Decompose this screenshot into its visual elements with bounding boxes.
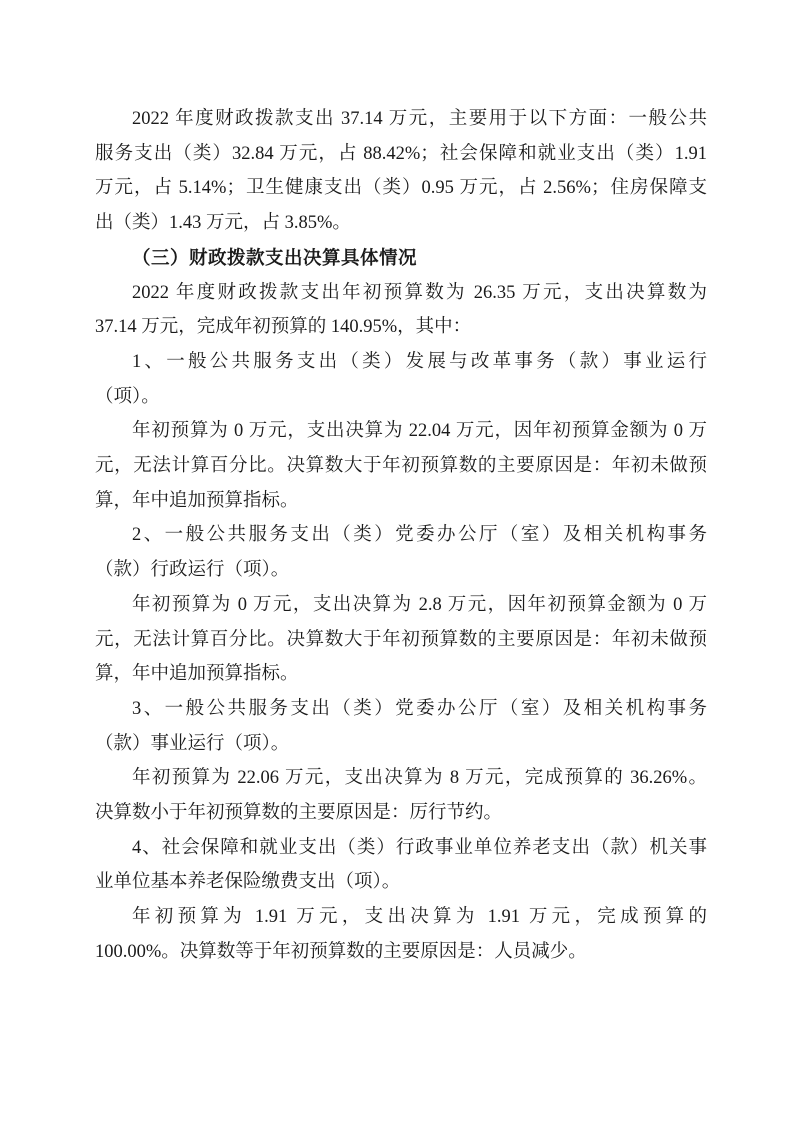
document-page: 2022 年度财政拨款支出 37.14 万元，主要用于以下方面：一般公共 服务支…: [0, 0, 793, 1122]
text-line: 年初预算为 0 万元，支出决算为 22.04 万元，因年初预算金额为 0 万: [95, 414, 707, 449]
text-line: 2022 年度财政拨款支出年初预算数为 26.35 万元，支出决算数为: [95, 276, 707, 311]
para-budget-vs-final: 2022 年度财政拨款支出年初预算数为 26.35 万元，支出决算数为 37.1…: [95, 276, 707, 345]
heading-text-line: （三）财政拨款支出决算具体情况: [95, 241, 707, 276]
para-item2-category: 2、一般公共服务支出（类）党委办公厅（室）及相关机构事务 （款）行政运行（项）。: [95, 518, 707, 587]
text-line: 元，无法计算百分比。决算数大于年初预算数的主要原因是：年初未做预: [95, 449, 707, 484]
text-line: 元，无法计算百分比。决算数大于年初预算数的主要原因是：年初未做预: [95, 623, 707, 658]
text-line: 100.00%。决算数等于年初预算数的主要原因是：人员减少。: [95, 935, 707, 970]
text-line: 1、一般公共服务支出（类）发展与改革事务（款）事业运行: [95, 345, 707, 380]
text-line: （款）行政运行（项）。: [95, 553, 707, 588]
para-item3-explanation: 年初预算为 22.06 万元，支出决算为 8 万元，完成预算的 36.26%。 …: [95, 761, 707, 830]
text-line: 年初预算为 0 万元，支出决算为 2.8 万元，因年初预算金额为 0 万: [95, 588, 707, 623]
text-line: 决算数小于年初预算数的主要原因是：厉行节约。: [95, 796, 707, 831]
text-line: 4、社会保障和就业支出（类）行政事业单位养老支出（款）机关事: [95, 831, 707, 866]
para-item4-category: 4、社会保障和就业支出（类）行政事业单位养老支出（款）机关事 业单位基本养老保险…: [95, 831, 707, 900]
para-item1-category: 1、一般公共服务支出（类）发展与改革事务（款）事业运行 （项）。: [95, 345, 707, 414]
text-line: 万元，占 5.14%；卫生健康支出（类）0.95 万元，占 2.56%；住房保障…: [95, 171, 707, 206]
text-line: 年初预算为 1.91 万元，支出决算为 1.91 万元，完成预算的: [95, 900, 707, 935]
para-item3-category: 3、一般公共服务支出（类）党委办公厅（室）及相关机构事务 （款）事业运行（项）。: [95, 692, 707, 761]
text-line: 2022 年度财政拨款支出 37.14 万元，主要用于以下方面：一般公共: [95, 102, 707, 137]
heading-fiscal-expenditure-details: （三）财政拨款支出决算具体情况: [95, 241, 707, 276]
text-line: 37.14 万元，完成年初预算的 140.95%，其中：: [95, 310, 707, 345]
text-line: 算，年中追加预算指标。: [95, 484, 707, 519]
text-line: 2、一般公共服务支出（类）党委办公厅（室）及相关机构事务: [95, 518, 707, 553]
text-line: 服务支出（类）32.84 万元，占 88.42%；社会保障和就业支出（类）1.9…: [95, 137, 707, 172]
text-line: 年初预算为 22.06 万元，支出决算为 8 万元，完成预算的 36.26%。: [95, 761, 707, 796]
para-expenditure-overview: 2022 年度财政拨款支出 37.14 万元，主要用于以下方面：一般公共 服务支…: [95, 102, 707, 241]
text-line: 出（类）1.43 万元，占 3.85%。: [95, 206, 707, 241]
text-line: 业单位基本养老保险缴费支出（项）。: [95, 865, 707, 900]
para-item1-explanation: 年初预算为 0 万元，支出决算为 22.04 万元，因年初预算金额为 0 万 元…: [95, 414, 707, 518]
text-line: （款）事业运行（项）。: [95, 727, 707, 762]
text-line: （项）。: [95, 380, 707, 415]
text-line: 算，年中追加预算指标。: [95, 657, 707, 692]
para-item2-explanation: 年初预算为 0 万元，支出决算为 2.8 万元，因年初预算金额为 0 万 元，无…: [95, 588, 707, 692]
text-line: 3、一般公共服务支出（类）党委办公厅（室）及相关机构事务: [95, 692, 707, 727]
para-item4-explanation: 年初预算为 1.91 万元，支出决算为 1.91 万元，完成预算的 100.00…: [95, 900, 707, 969]
